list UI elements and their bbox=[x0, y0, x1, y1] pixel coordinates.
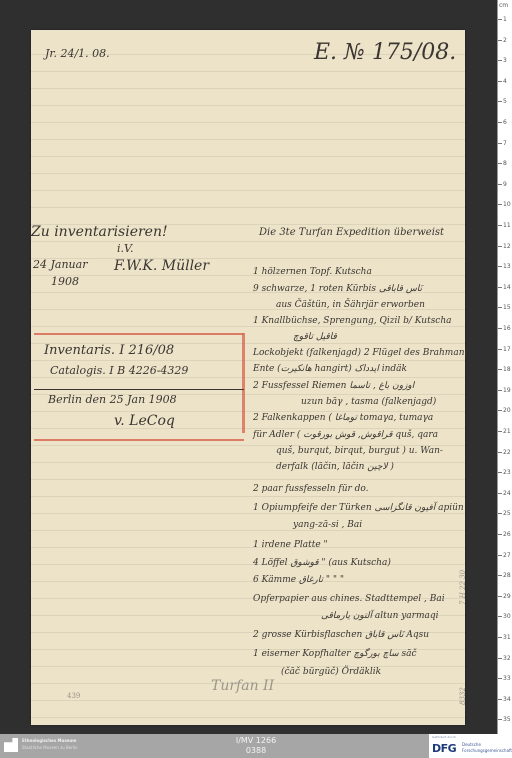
ruler-tick bbox=[498, 40, 502, 41]
stamp-inventaris: Inventaris. I 216/08 bbox=[44, 343, 174, 358]
item-line: Lockobjekt (falkenjagd) 2 Flügel des Bra… bbox=[253, 348, 467, 358]
ruler-tick-label: 30 bbox=[503, 613, 511, 620]
item-line: 6 Kämme تارغاق " " " bbox=[253, 575, 344, 585]
ruler-tick bbox=[498, 410, 502, 411]
ruler-tick bbox=[498, 678, 502, 679]
pencil-number: 439 bbox=[67, 692, 80, 700]
ruler-tick bbox=[498, 184, 502, 185]
item-line: uzun bāγ , tasma (falkenjagd) bbox=[301, 397, 436, 407]
ruler-tick bbox=[498, 390, 502, 391]
item-line: derfalk (lāčin, lāčin لاچین ) bbox=[276, 462, 394, 472]
dfg-name-line1: Deutsche bbox=[462, 742, 481, 747]
ruler-tick-label: 8 bbox=[503, 160, 507, 167]
ruler-tick-label: 21 bbox=[503, 428, 511, 435]
ruler-tick-label: 11 bbox=[503, 222, 511, 229]
dfg-logo-icon: DFG bbox=[432, 742, 456, 755]
ruler-tick bbox=[498, 60, 502, 61]
item-line: für Adler ( قراقوش, قوش بورقوت quš, qara bbox=[253, 430, 438, 440]
ruler-tick-label: 2 bbox=[503, 37, 507, 44]
ruler-tick bbox=[498, 81, 502, 82]
item-line: Opferpapier aus chines. Stadttempel , Ba… bbox=[253, 594, 445, 604]
dfg-logo-panel: Gefördert durch DFG Deutsche Forschungsg… bbox=[429, 734, 512, 758]
ruler-tick bbox=[498, 616, 502, 617]
ruler-tick bbox=[498, 307, 502, 308]
ruler-tick bbox=[498, 101, 502, 102]
ruler-unit: cm bbox=[499, 2, 508, 9]
ruler-tick-label: 28 bbox=[503, 572, 511, 579]
ruler-tick bbox=[498, 555, 502, 556]
ruler-tick bbox=[498, 163, 502, 164]
item-line: 1 hölzernen Topf. Kutscha bbox=[253, 267, 372, 277]
item-line: aus Čäštün, in Šährjär erworben bbox=[276, 300, 425, 310]
expedition-heading: Die 3te Turfan Expedition überweist bbox=[259, 227, 444, 238]
item-line: 2 grosse Kürbisflaschen نَاس قاباق Aqsu bbox=[253, 630, 429, 640]
item-line: 1 Opiumpfeife der Türken آفیون قانگزاسی … bbox=[253, 503, 464, 513]
ruler-tick-label: 26 bbox=[503, 531, 511, 538]
ruler-tick bbox=[498, 246, 502, 247]
accession-number: E. № 175/08. bbox=[314, 40, 456, 65]
measurement-ruler: cm 1234567891011121314151617181920212223… bbox=[497, 0, 512, 734]
item-line: Ente (هانکیرت hangirt) ایدداک indäk bbox=[253, 364, 407, 374]
item-line: 1 eiserner Kopfhalter ساچ بورگوچ sāč bbox=[253, 649, 417, 659]
stamp-place-date: Berlin den 25 Jan 1908 bbox=[48, 393, 177, 406]
item-line: 1 irdene Platte " bbox=[253, 540, 328, 550]
ruler-tick-label: 10 bbox=[503, 201, 511, 208]
item-line: quš, burqut, birqut, burgut ) u. Wan- bbox=[276, 446, 443, 456]
ruler-tick bbox=[498, 719, 502, 720]
ruler-tick bbox=[498, 204, 502, 205]
dfg-name-line2: Forschungsgemeinschaft bbox=[462, 748, 512, 753]
item-line: 2 paar fussfesseln für do. bbox=[253, 484, 369, 494]
ruler-tick bbox=[498, 266, 502, 267]
item-line: yang-zā-si , Bai bbox=[293, 520, 362, 530]
ruler-tick-label: 34 bbox=[503, 696, 511, 703]
ruler-tick-label: 6 bbox=[503, 119, 507, 126]
item-line: 1 Knallbüchse, Sprengung, Qizil b/ Kutsc… bbox=[253, 316, 452, 326]
item-line: آلتون يارماقی altun yarmaqi bbox=[321, 611, 439, 621]
ruler-tick-label: 24 bbox=[503, 490, 511, 497]
ruler-tick-label: 35 bbox=[503, 716, 511, 723]
ruler-tick-label: 23 bbox=[503, 469, 511, 476]
ruler-tick-label: 19 bbox=[503, 387, 511, 394]
stamp-border-bottom bbox=[34, 439, 244, 441]
item-line: 9 schwarze, 1 roten Kürbis نَاس قاباقى bbox=[253, 284, 422, 294]
dfg-funded-label: Gefördert durch bbox=[432, 735, 456, 739]
ruler-tick-label: 17 bbox=[503, 346, 511, 353]
ruler-tick-label: 4 bbox=[503, 78, 507, 85]
ruler-tick bbox=[498, 369, 502, 370]
ruler-tick-label: 9 bbox=[503, 181, 507, 188]
ruler-tick bbox=[498, 431, 502, 432]
item-line: 4 Löffel قوشوق " (aus Kutscha) bbox=[253, 558, 391, 568]
ruler-tick-label: 3 bbox=[503, 57, 507, 64]
ruler-tick-label: 15 bbox=[503, 304, 511, 311]
stamp-divider bbox=[34, 389, 244, 390]
ruler-tick bbox=[498, 143, 502, 144]
ruler-tick bbox=[498, 534, 502, 535]
instruction-note: Zu inventarisieren! bbox=[31, 224, 168, 240]
stamp-signature: v. LeCoq bbox=[114, 413, 175, 429]
ruler-tick-label: 13 bbox=[503, 263, 511, 270]
top-left-note: Jr. 24/1. 08. bbox=[45, 47, 110, 60]
ruler-tick bbox=[498, 287, 502, 288]
ruler-tick-label: 33 bbox=[503, 675, 511, 682]
ruler-tick-label: 22 bbox=[503, 449, 511, 456]
stamp-border-top bbox=[34, 333, 244, 335]
ruler-tick-label: 20 bbox=[503, 407, 511, 414]
ruler-tick-label: 7 bbox=[503, 140, 507, 147]
ruler-tick bbox=[498, 472, 502, 473]
signature-muller: F.W.K. Müller bbox=[114, 258, 209, 274]
ruler-tick-label: 12 bbox=[503, 243, 511, 250]
ruler-tick-label: 5 bbox=[503, 98, 507, 105]
ruler-tick bbox=[498, 575, 502, 576]
ruler-tick bbox=[498, 452, 502, 453]
ruler-tick-label: 32 bbox=[503, 655, 511, 662]
margin-number-1: 7 H 22 30 bbox=[459, 570, 467, 605]
stamp-catalogis: Catalogis. I B 4226-4329 bbox=[50, 364, 188, 377]
ruler-tick-label: 29 bbox=[503, 593, 511, 600]
ruler-tick bbox=[498, 122, 502, 123]
ruler-tick bbox=[498, 596, 502, 597]
ruler-tick-label: 16 bbox=[503, 325, 511, 332]
ruler-tick bbox=[498, 225, 502, 226]
stamp-border-right bbox=[242, 333, 245, 433]
ruler-tick-label: 14 bbox=[503, 284, 511, 291]
ruler-tick bbox=[498, 699, 502, 700]
ruler-tick-label: 1 bbox=[503, 16, 507, 23]
ruler-tick bbox=[498, 19, 502, 20]
ruler-tick-label: 25 bbox=[503, 510, 511, 517]
ruler-tick-label: 18 bbox=[503, 366, 511, 373]
ruler-tick bbox=[498, 513, 502, 514]
ruler-tick bbox=[498, 658, 502, 659]
initials: i.V. bbox=[117, 242, 134, 255]
ruler-tick-label: 31 bbox=[503, 634, 511, 641]
item-line: 2 Falkenkappen ( توماغا tomaγa, tumaγa bbox=[253, 413, 433, 423]
ruler-tick bbox=[498, 328, 502, 329]
item-line: 2 Fussfessel Riemen اوزون باغ , تاسما bbox=[253, 381, 414, 391]
date-stamp-line2: 1908 bbox=[51, 275, 79, 288]
date-stamp-line1: 24 Januar bbox=[33, 258, 87, 271]
item-line: (čāč bürgüč) Ördäklik bbox=[281, 667, 381, 677]
pencil-label-turfan: Turfan II bbox=[211, 678, 274, 694]
margin-number-2: 8332 bbox=[459, 687, 467, 705]
ruler-tick bbox=[498, 637, 502, 638]
ruler-tick bbox=[498, 349, 502, 350]
ruler-tick bbox=[498, 493, 502, 494]
item-line: قاقیل تاقوچ bbox=[293, 332, 337, 342]
ruler-tick-label: 27 bbox=[503, 552, 511, 559]
